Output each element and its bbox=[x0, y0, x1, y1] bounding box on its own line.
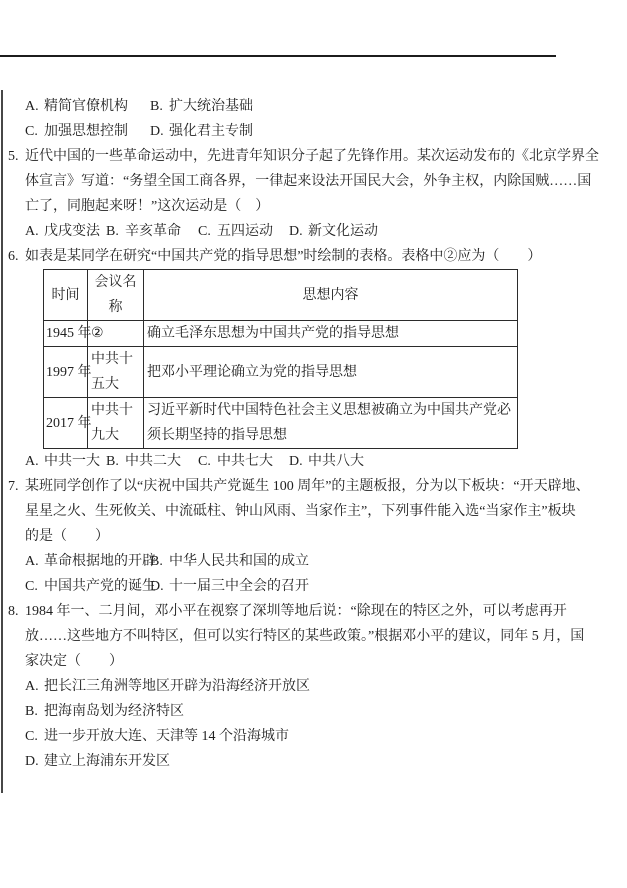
option-text: 中华人民共和国的成立 bbox=[169, 554, 309, 569]
stem-line: 放……这些地方不叫特区，但可以实行特区的某些政策。”根据邓小平的建议，同年 5 … bbox=[25, 624, 610, 649]
option-a: A.精简官僚机构 bbox=[25, 94, 128, 119]
option-label: B. bbox=[150, 549, 169, 574]
exam-page: A.精简官僚机构 B.扩大统治基础 C.加强思想控制 D.强化君主专制 5.近代… bbox=[0, 0, 627, 888]
option-label: A. bbox=[25, 219, 44, 244]
guiding-ideology-table: 时间 会议名称 思想内容 1945 年 ② 确立毛泽东思想为中国共产党的指导思想… bbox=[43, 269, 518, 449]
table-row: 2017 年 中共十九大 习近平新时代中国特色社会主义思想被确立为中国共产党必须… bbox=[44, 398, 518, 449]
option-text: 精简官僚机构 bbox=[44, 99, 128, 114]
option-text: 中共一大 bbox=[44, 454, 100, 469]
option-d: D.十一届三中全会的召开 bbox=[150, 574, 309, 599]
option-text: 中共二大 bbox=[125, 454, 181, 469]
option-d: D.新文化运动 bbox=[289, 219, 378, 244]
option-label: C. bbox=[25, 574, 44, 599]
question-5-options: A.戊戌变法 B.辛亥革命 C.五四运动 D.新文化运动 bbox=[25, 219, 610, 244]
option-text: 加强思想控制 bbox=[44, 124, 128, 139]
option-label: C. bbox=[25, 724, 44, 749]
table-header-meeting: 会议名称 bbox=[88, 270, 144, 321]
table-cell-time: 2017 年 bbox=[44, 398, 88, 449]
option-b: B.中共二大 bbox=[106, 449, 181, 474]
question-number: 5. bbox=[8, 144, 19, 169]
option-label: C. bbox=[25, 119, 44, 144]
question-5: 5.近代中国的一些革命运动中，先进青年知识分子起了先锋作用。某次运动发布的《北京… bbox=[0, 144, 610, 244]
question-number: 7. bbox=[8, 474, 19, 499]
question-7-options-row-1: A.革命根据地的开辟 B.中华人民共和国的成立 bbox=[25, 549, 610, 574]
question-6-options: A.中共一大 B.中共二大 C.中共七大 D.中共八大 bbox=[25, 449, 610, 474]
option-d: D.建立上海浦东开发区 bbox=[25, 749, 610, 774]
table-cell-content: 习近平新时代中国特色社会主义思想被确立为中国共产党必须长期坚持的指导思想 bbox=[144, 398, 518, 449]
option-label: A. bbox=[25, 549, 44, 574]
table-cell-time: 1997 年 bbox=[44, 347, 88, 398]
stem-line: 5.近代中国的一些革命运动中，先进青年知识分子起了先锋作用。某次运动发布的《北京… bbox=[25, 144, 610, 169]
stem-line: 7.某班同学创作了以“庆祝中国共产党诞生 100 周年”的主题板报，分为以下板块… bbox=[25, 474, 610, 499]
stem-text: 某班同学创作了以“庆祝中国共产党诞生 100 周年”的主题板报，分为以下板块：“… bbox=[25, 479, 590, 494]
stem-line: 家决定（ ） bbox=[25, 649, 610, 674]
option-label: C. bbox=[198, 449, 217, 474]
option-label: B. bbox=[150, 94, 169, 119]
question-number: 8. bbox=[8, 599, 19, 624]
option-label: B. bbox=[25, 699, 44, 724]
stem-text: 近代中国的一些革命运动中，先进青年知识分子起了先锋作用。某次运动发布的《北京学界… bbox=[25, 149, 599, 164]
option-a: A.戊戌变法 bbox=[25, 219, 100, 244]
option-d: D.中共八大 bbox=[289, 449, 364, 474]
option-c: C.中国共产党的诞生 bbox=[25, 574, 156, 599]
table-cell-meeting: 中共十五大 bbox=[88, 347, 144, 398]
option-text: 中共七大 bbox=[217, 454, 273, 469]
table-row: 1997 年 中共十五大 把邓小平理论确立为党的指导思想 bbox=[44, 347, 518, 398]
option-text: 辛亥革命 bbox=[125, 224, 181, 239]
option-text: 中国共产党的诞生 bbox=[44, 579, 156, 594]
table-cell-content: 确立毛泽东思想为中国共产党的指导思想 bbox=[144, 321, 518, 347]
option-text: 中共八大 bbox=[308, 454, 364, 469]
option-text: 进一步开放大连、天津等 14 个沿海城市 bbox=[44, 729, 289, 744]
table-cell-meeting: 中共十九大 bbox=[88, 398, 144, 449]
option-text: 五四运动 bbox=[217, 224, 273, 239]
question-7: 7.某班同学创作了以“庆祝中国共产党诞生 100 周年”的主题板报，分为以下板块… bbox=[0, 474, 610, 599]
option-text: 强化君主专制 bbox=[169, 124, 253, 139]
prev-question-options-row-2: C.加强思想控制 D.强化君主专制 bbox=[25, 119, 610, 144]
option-text: 戊戌变法 bbox=[44, 224, 100, 239]
option-label: D. bbox=[25, 749, 44, 774]
option-c: C.五四运动 bbox=[198, 219, 273, 244]
option-c: C.中共七大 bbox=[198, 449, 273, 474]
table-cell-time: 1945 年 bbox=[44, 321, 88, 347]
table-header-row: 时间 会议名称 思想内容 bbox=[44, 270, 518, 321]
option-c: C.加强思想控制 bbox=[25, 119, 128, 144]
option-text: 新文化运动 bbox=[308, 224, 378, 239]
table-cell-content: 把邓小平理论确立为党的指导思想 bbox=[144, 347, 518, 398]
stem-line: 星星之火、生死攸关、中流砥柱、钟山风雨、当家作主”，下列事件能入选“当家作主”板… bbox=[25, 499, 610, 524]
option-b: B.扩大统治基础 bbox=[150, 94, 253, 119]
option-label: D. bbox=[289, 219, 308, 244]
option-label: C. bbox=[198, 219, 217, 244]
option-label: A. bbox=[25, 674, 44, 699]
option-label: D. bbox=[150, 119, 169, 144]
option-label: A. bbox=[25, 94, 44, 119]
option-text: 把海南岛划为经济特区 bbox=[44, 704, 184, 719]
option-text: 把长江三角洲等地区开辟为沿海经济开放区 bbox=[44, 679, 310, 694]
prev-question-options-row-1: A.精简官僚机构 B.扩大统治基础 bbox=[25, 94, 610, 119]
option-label: D. bbox=[289, 449, 308, 474]
question-6: 6.如表是某同学在研究“中国共产党的指导思想”时绘制的表格。表格中②应为（ ） … bbox=[0, 244, 610, 474]
header-divider-line bbox=[0, 55, 556, 57]
stem-line: 8.1984 年一、二月间，邓小平在视察了深圳等地后说：“除现在的特区之外，可以… bbox=[25, 599, 610, 624]
stem-text: 1984 年一、二月间，邓小平在视察了深圳等地后说：“除现在的特区之外，可以考虑… bbox=[25, 604, 567, 619]
question-number: 6. bbox=[8, 244, 19, 269]
option-text: 十一届三中全会的召开 bbox=[169, 579, 309, 594]
option-label: D. bbox=[150, 574, 169, 599]
option-text: 革命根据地的开辟 bbox=[44, 554, 156, 569]
option-b: B.中华人民共和国的成立 bbox=[150, 549, 309, 574]
table-header-content: 思想内容 bbox=[144, 270, 518, 321]
question-8: 8.1984 年一、二月间，邓小平在视察了深圳等地后说：“除现在的特区之外，可以… bbox=[0, 599, 610, 774]
option-text: 建立上海浦东开发区 bbox=[44, 754, 170, 769]
option-d: D.强化君主专制 bbox=[150, 119, 253, 144]
option-a: A.中共一大 bbox=[25, 449, 100, 474]
stem-line: 体宣言》写道：“务望全国工商各界，一律起来设法开国民大会，外争主权，内除国贼……… bbox=[25, 169, 610, 194]
option-c: C.进一步开放大连、天津等 14 个沿海城市 bbox=[25, 724, 610, 749]
table-header-time: 时间 bbox=[44, 270, 88, 321]
option-label: B. bbox=[106, 219, 125, 244]
option-label: A. bbox=[25, 449, 44, 474]
option-text: 扩大统治基础 bbox=[169, 99, 253, 114]
table-row: 1945 年 ② 确立毛泽东思想为中国共产党的指导思想 bbox=[44, 321, 518, 347]
option-b: B.辛亥革命 bbox=[106, 219, 181, 244]
stem-line: 亡了，同胞起来呀！”这次运动是（ ） bbox=[25, 194, 610, 219]
table-cell-meeting: ② bbox=[88, 321, 144, 347]
stem-line: 6.如表是某同学在研究“中国共产党的指导思想”时绘制的表格。表格中②应为（ ） bbox=[25, 244, 610, 269]
option-a: A.把长江三角洲等地区开辟为沿海经济开放区 bbox=[25, 674, 610, 699]
option-label: B. bbox=[106, 449, 125, 474]
stem-line: 的是（ ） bbox=[25, 524, 610, 549]
stem-text: 如表是某同学在研究“中国共产党的指导思想”时绘制的表格。表格中②应为（ ） bbox=[25, 249, 541, 264]
exam-content: A.精简官僚机构 B.扩大统治基础 C.加强思想控制 D.强化君主专制 5.近代… bbox=[0, 94, 610, 774]
option-a: A.革命根据地的开辟 bbox=[25, 549, 156, 574]
option-b: B.把海南岛划为经济特区 bbox=[25, 699, 610, 724]
question-7-options-row-2: C.中国共产党的诞生 D.十一届三中全会的召开 bbox=[25, 574, 610, 599]
